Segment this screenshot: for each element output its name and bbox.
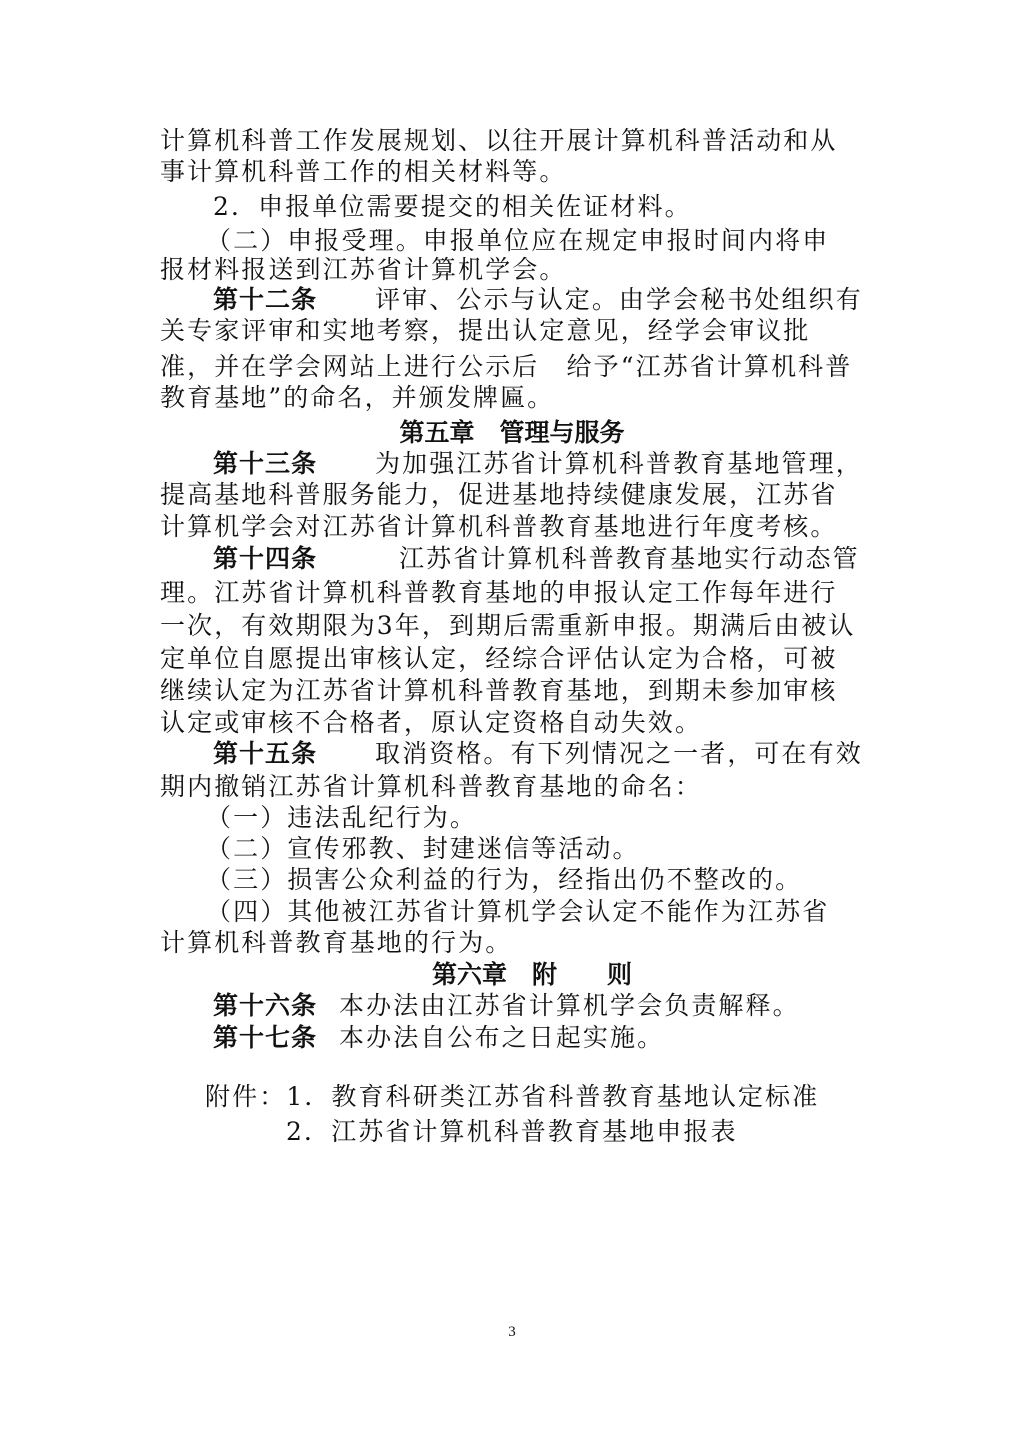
article-label: 第十三条 (213, 449, 317, 478)
article-label: 第十二条 (213, 285, 317, 314)
article-label: 第十六条 (213, 991, 317, 1020)
article-label: 第十七条 (213, 1023, 317, 1052)
paragraph-line: （二）申报受理。申报单位应在规定申报时间内将申 (206, 226, 916, 256)
list-item: （三）损害公众利益的行为，经指出仍不整改的。 (206, 865, 916, 895)
paragraph-line: 计算机学会对江苏省计算机科普教育基地进行年度考核。 (160, 512, 870, 542)
paragraph-line: 计算机科普工作发展规划、以往开展计算机科普活动和从 (160, 126, 870, 156)
article-13: 第十三条为加强江苏省计算机科普教育基地管理， (213, 449, 923, 479)
paragraph-line: 关专家评审和实地考察，提出认定意见，经学会审议批 (160, 316, 870, 346)
paragraph-line: 提高基地科普服务能力，促进基地持续健康发展，江苏省 (160, 480, 870, 510)
chapter-heading: 第六章 附 则 (20, 960, 1024, 990)
paragraph-line: 教育基地”的命名，并颁发牌匾。 (160, 383, 870, 413)
article-15: 第十五条取消资格。有下列情况之一者，可在有效 (213, 739, 923, 769)
paragraph-line: 计算机科普教育基地的行为。 (160, 928, 870, 958)
article-12: 第十二条评审、公示与认定。由学会秘书处组织有 (213, 285, 923, 315)
article-text: 江苏省计算机科普教育基地实行动态管 (399, 544, 860, 573)
list-item-2: 2．申报单位需要提交的相关佐证材料。 (213, 192, 923, 222)
article-17: 第十七条本办法自公布之日起实施。 (213, 1023, 923, 1053)
article-text: 本办法自公布之日起实施。 (339, 1023, 664, 1052)
attachment-item: 2．江苏省计算机科普教育基地申报表 (286, 1117, 996, 1147)
article-14: 第十四条江苏省计算机科普教育基地实行动态管 (213, 544, 923, 574)
list-item: （四）其他被江苏省计算机学会认定不能作为江苏省 (206, 897, 916, 927)
article-text: 评审、公示与认定。由学会秘书处组织有 (375, 285, 863, 314)
paragraph-line: 定单位自愿提出审核认定，经综合评估认定为合格，可被 (160, 644, 870, 674)
list-item: （二）宣传邪教、封建迷信等活动。 (206, 834, 916, 864)
paragraph-line: 准，并在学会网站上进行公示后 给予“江苏省计算机科普 (160, 352, 870, 382)
article-text: 本办法由江苏省计算机学会负责解释。 (339, 991, 800, 1020)
attachment-label: 附件： (205, 1082, 286, 1111)
document-page: 计算机科普工作发展规划、以往开展计算机科普活动和从 事计算机科普工作的相关材料等… (0, 0, 1024, 1447)
attachment-item: 1．教育科研类江苏省科普教育基地认定标准 (286, 1082, 819, 1111)
paragraph-line: 理。江苏省计算机科普教育基地的申报认定工作每年进行 (160, 578, 870, 608)
paragraph-line: 继续认定为江苏省计算机科普教育基地，到期未参加审核 (160, 676, 870, 706)
paragraph-line: 一次，有效期限为3年，到期后需重新申报。期满后由被认 (160, 611, 870, 641)
article-label: 第十四条 (213, 544, 317, 573)
paragraph-line: 期内撤销江苏省计算机科普教育基地的命名： (160, 772, 870, 802)
paragraph-line: 报材料报送到江苏省计算机学会。 (160, 255, 870, 285)
paragraph-line: 认定或审核不合格者，原认定资格自动失效。 (160, 708, 870, 738)
article-16: 第十六条本办法由江苏省计算机学会负责解释。 (213, 991, 923, 1021)
list-item: （一）违法乱纪行为。 (206, 803, 916, 833)
paragraph-line: 事计算机科普工作的相关材料等。 (160, 157, 870, 187)
attachment-line: 附件：1．教育科研类江苏省科普教育基地认定标准 (205, 1082, 915, 1112)
article-text: 为加强江苏省计算机科普教育基地管理， (375, 449, 863, 478)
article-label: 第十五条 (213, 739, 317, 768)
page-number: 3 (0, 1324, 1024, 1341)
chapter-heading: 第五章 管理与服务 (0, 418, 1024, 448)
article-text: 取消资格。有下列情况之一者，可在有效 (375, 739, 863, 768)
